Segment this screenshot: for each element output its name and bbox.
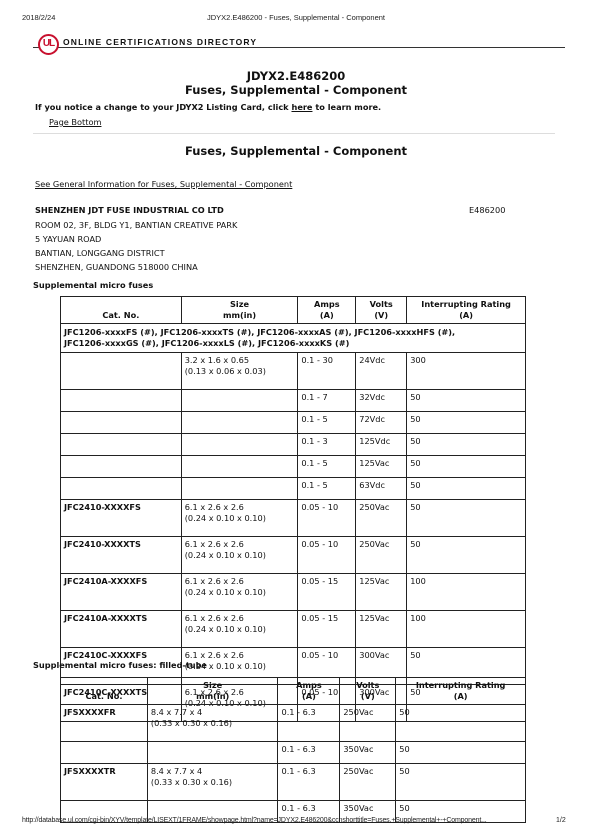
amps-cell: 0.1 - 6.3 (278, 742, 340, 764)
cat-no-cell: JFSXXXXFR (61, 705, 148, 742)
amps-cell: 0.05 - 15 (298, 611, 356, 648)
address-line: BANTIAN, LONGGANG DISTRICT (35, 248, 165, 258)
table-caption: Supplemental micro fuses: filled-tube (33, 660, 207, 670)
amps-cell: 0.05 - 15 (298, 574, 356, 611)
fuse-table-filled-tube: Cat. No.Sizemm(in)Amps(A)Volts(V)Interru… (60, 677, 526, 823)
size-cell: 6.1 x 2.6 x 2.6(0.24 x 0.10 x 0.10) (181, 500, 298, 537)
volts-cell: 125Vac (356, 611, 407, 648)
volts-cell: 250Vac (340, 705, 396, 742)
size-cell: 8.4 x 7.7 x 4(0.33 x 0.30 x 0.16) (147, 705, 278, 742)
amps-cell: 0.1 - 7 (298, 390, 356, 412)
size-cell: 6.1 x 2.6 x 2.6(0.24 x 0.10 x 0.10) (181, 574, 298, 611)
amps-cell: 0.1 - 30 (298, 353, 356, 390)
print-page-number: 1/2 (556, 817, 566, 824)
address-line: ROOM 02, 3F, BLDG Y1, BANTIAN CREATIVE P… (35, 220, 237, 230)
table-row: 0.1 - 3125Vdc50 (61, 434, 526, 456)
page-title: Fuses, Supplemental - Component (0, 83, 592, 97)
size-cell: 6.1 x 2.6 x 2.6(0.24 x 0.10 x 0.10) (181, 537, 298, 574)
table-row: JFC2410-XXXXFS6.1 x 2.6 x 2.6(0.24 x 0.1… (61, 500, 526, 537)
interrupting-rating-cell: 300 (407, 353, 526, 390)
cat-no-header: Cat. No. (61, 297, 182, 324)
size-cell (181, 456, 298, 478)
directory-tagline: ONLINE CERTIFICATIONS DIRECTORY (63, 37, 257, 47)
cat-no-cell: JFC2410A-XXXXFS (61, 574, 182, 611)
table-header-row: Cat. No.Sizemm(in)Amps(A)Volts(V)Interru… (61, 297, 526, 324)
cat-no-header: Cat. No. (61, 678, 148, 705)
interrupting-rating-cell: 100 (407, 611, 526, 648)
interrupting-rating-cell: 50 (407, 434, 526, 456)
volts-cell: 125Vdc (356, 434, 407, 456)
notice-text-after: to learn more. (312, 102, 381, 112)
table-row: 3.2 x 1.6 x 0.65(0.13 x 0.06 x 0.03)0.1 … (61, 353, 526, 390)
size-cell: 8.4 x 7.7 x 4(0.33 x 0.30 x 0.16) (147, 764, 278, 801)
volts-cell: 72Vdc (356, 412, 407, 434)
cat-no-cell (61, 412, 182, 434)
fuse-table-micro: Cat. No.Sizemm(in)Amps(A)Volts(V)Interru… (60, 296, 526, 722)
cat-no-cell (61, 434, 182, 456)
volts-header: Volts(V) (356, 297, 407, 324)
size-cell (181, 390, 298, 412)
table-row: JFC2410A-XXXXTS6.1 x 2.6 x 2.6(0.24 x 0.… (61, 611, 526, 648)
print-title: JDYX2.E486200 - Fuses, Supplemental - Co… (0, 13, 592, 22)
size-cell (181, 412, 298, 434)
file-number: E486200 (469, 205, 505, 215)
interrupting-rating-cell: 50 (407, 500, 526, 537)
size-header: Sizemm(in) (147, 678, 278, 705)
interrupting-rating-cell: 50 (396, 705, 526, 742)
model-list-cell: JFC1206-xxxxFS (#), JFC1206-xxxxTS (#), … (61, 324, 526, 353)
interrupting-rating-cell: 50 (407, 412, 526, 434)
table-row: 0.1 - 572Vdc50 (61, 412, 526, 434)
volts-cell: 250Vac (340, 764, 396, 801)
interrupting-rating-header: Interrupting Rating(A) (407, 297, 526, 324)
header-rule (33, 47, 565, 48)
volts-cell: 250Vac (356, 500, 407, 537)
amps-cell: 0.1 - 6.3 (278, 764, 340, 801)
size-cell (181, 478, 298, 500)
cat-no-cell (61, 478, 182, 500)
cat-no-cell: JFC2410-XXXXFS (61, 500, 182, 537)
cat-no-cell (61, 742, 148, 764)
table-row: JFSXXXXTR8.4 x 7.7 x 4(0.33 x 0.30 x 0.1… (61, 764, 526, 801)
interrupting-rating-cell: 100 (407, 574, 526, 611)
page-bottom-link[interactable]: Page Bottom (49, 117, 101, 127)
interrupting-rating-cell: 50 (396, 742, 526, 764)
volts-cell: 24Vdc (356, 353, 407, 390)
size-cell (181, 434, 298, 456)
table-row: 0.1 - 732Vdc50 (61, 390, 526, 412)
amps-cell: 0.1 - 5 (298, 478, 356, 500)
amps-cell: 0.1 - 5 (298, 456, 356, 478)
volts-cell: 63Vdc (356, 478, 407, 500)
notice-text-before: If you notice a change to your JDYX2 Lis… (35, 102, 291, 112)
cat-no-cell: JFC2410-XXXXTS (61, 537, 182, 574)
volts-cell: 125Vac (356, 574, 407, 611)
company-name: SHENZHEN JDT FUSE INDUSTRIAL CO LTD (35, 205, 224, 215)
amps-cell: 0.05 - 10 (298, 537, 356, 574)
cat-no-cell (61, 390, 182, 412)
amps-header: Amps(A) (278, 678, 340, 705)
table-header-row: Cat. No.Sizemm(in)Amps(A)Volts(V)Interru… (61, 678, 526, 705)
interrupting-rating-header: Interrupting Rating(A) (396, 678, 526, 705)
print-footer-url: http://database.ul.com/cgi-bin/XYV/templ… (22, 817, 487, 824)
table-row: JFC2410A-XXXXFS6.1 x 2.6 x 2.6(0.24 x 0.… (61, 574, 526, 611)
amps-cell: 0.1 - 5 (298, 412, 356, 434)
size-header: Sizemm(in) (181, 297, 298, 324)
cat-no-cell: JFC2410A-XXXXTS (61, 611, 182, 648)
cat-no-cell (61, 456, 182, 478)
table-row: 0.1 - 5125Vac50 (61, 456, 526, 478)
volts-header: Volts(V) (340, 678, 396, 705)
divider (33, 133, 555, 134)
notice-here-link[interactable]: here (291, 102, 312, 112)
interrupting-rating-cell: 50 (396, 764, 526, 801)
interrupting-rating-cell: 50 (407, 390, 526, 412)
size-cell: 6.1 x 2.6 x 2.6(0.24 x 0.10 x 0.10) (181, 611, 298, 648)
amps-cell: 0.1 - 3 (298, 434, 356, 456)
table-row: 0.1 - 563Vdc50 (61, 478, 526, 500)
table-row: 0.1 - 6.3350Vac50 (61, 742, 526, 764)
volts-cell: 32Vdc (356, 390, 407, 412)
section-title: Fuses, Supplemental - Component (0, 144, 592, 158)
address-line: 5 YAYUAN ROAD (35, 234, 101, 244)
interrupting-rating-cell: 50 (407, 456, 526, 478)
ul-logo-icon[interactable]: UL (38, 34, 59, 55)
cat-no-cell: JFSXXXXTR (61, 764, 148, 801)
interrupting-rating-cell: 50 (407, 537, 526, 574)
amps-cell: 0.05 - 10 (298, 500, 356, 537)
address-line: SHENZHEN, GUANDONG 518000 CHINA (35, 262, 198, 272)
amps-header: Amps(A) (298, 297, 356, 324)
volts-cell: 125Vac (356, 456, 407, 478)
volts-cell: 250Vac (356, 537, 407, 574)
table-row-model-list: JFC1206-xxxxFS (#), JFC1206-xxxxTS (#), … (61, 324, 526, 353)
table-caption: Supplemental micro fuses (33, 280, 153, 290)
interrupting-rating-cell: 50 (407, 478, 526, 500)
table-row: JFC2410-XXXXTS6.1 x 2.6 x 2.6(0.24 x 0.1… (61, 537, 526, 574)
table-row: JFSXXXXFR8.4 x 7.7 x 4(0.33 x 0.30 x 0.1… (61, 705, 526, 742)
size-cell (147, 742, 278, 764)
cat-no-cell (61, 353, 182, 390)
change-notice: If you notice a change to your JDYX2 Lis… (35, 102, 381, 112)
amps-cell: 0.1 - 6.3 (278, 705, 340, 742)
volts-cell: 350Vac (340, 742, 396, 764)
size-cell: 3.2 x 1.6 x 0.65(0.13 x 0.06 x 0.03) (181, 353, 298, 390)
page-code: JDYX2.E486200 (0, 69, 592, 83)
general-info-link[interactable]: See General Information for Fuses, Suppl… (35, 179, 292, 189)
